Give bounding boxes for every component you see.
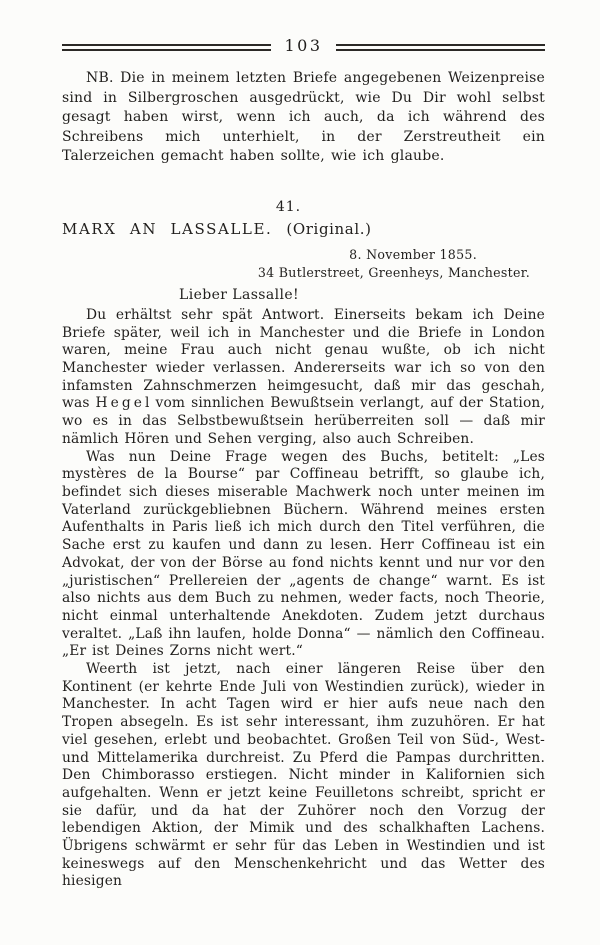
heading-annotation: (Original.) <box>286 220 371 238</box>
letter-paragraph: Was nun Deine Frage wegen des Buchs, bet… <box>62 449 545 661</box>
letter-paragraph: Weerth ist jetzt, nach einer längeren Re… <box>62 661 545 891</box>
letter-heading: MARX AN LASSALLE.(Original.) <box>62 219 545 239</box>
letter-number: 41. <box>62 198 515 216</box>
page-number: 103 <box>280 37 326 57</box>
header-rule-left <box>62 44 271 51</box>
heading-title: MARX AN LASSALLE. <box>62 220 272 238</box>
book-page: 103 NB. Die in meinem letzten Briefe ang… <box>0 0 600 945</box>
dateline: 8. November 1855. 34 Butlerstreet, Green… <box>62 246 545 282</box>
date-line: 8. November 1855. <box>62 246 545 264</box>
address-line: 34 Butlerstreet, Greenheys, Manchester. <box>62 264 545 282</box>
running-head: 103 <box>62 38 545 56</box>
letter-paragraph: Du erhältst sehr spät Antwort. Einerseit… <box>62 307 545 449</box>
salutation: Lieber Lassalle! <box>179 286 545 304</box>
nb-note: NB. Die in meinem letzten Briefe angegeb… <box>62 69 545 167</box>
header-rule-right <box>336 44 545 51</box>
letter-body: Du erhältst sehr spät Antwort. Einerseit… <box>62 307 545 891</box>
